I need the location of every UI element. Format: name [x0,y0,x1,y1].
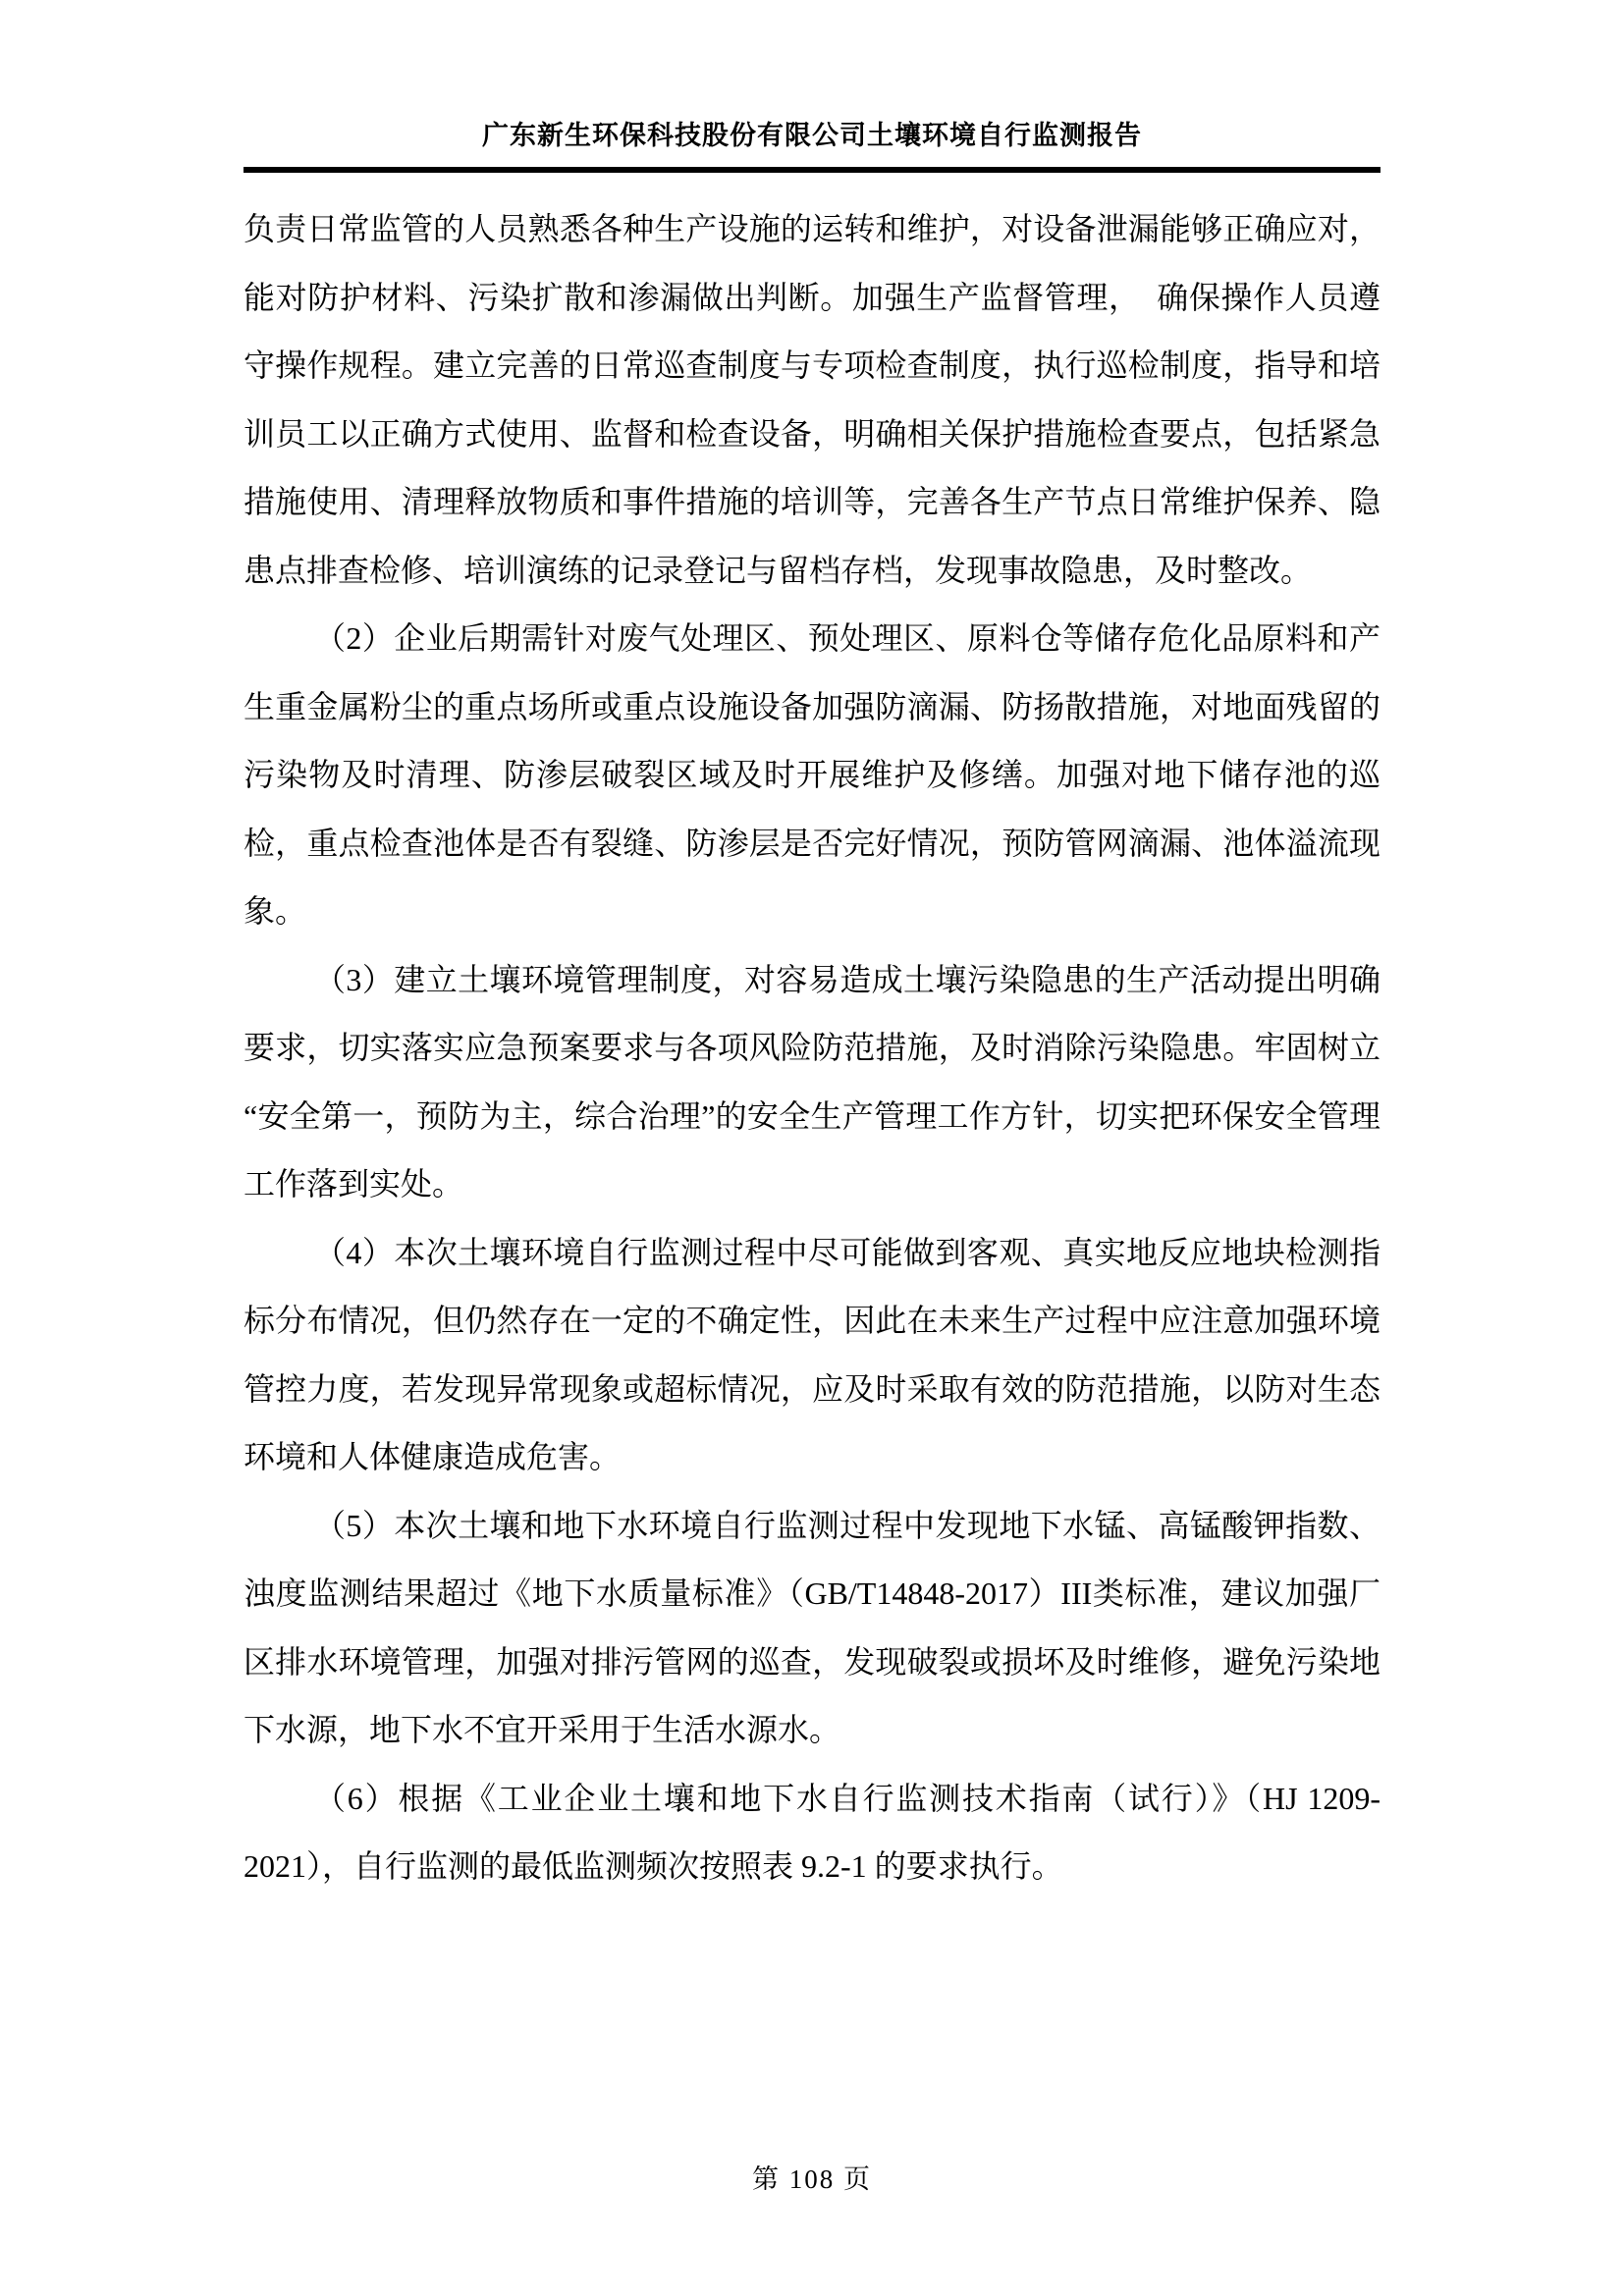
body-paragraph: （3）建立土壤环境管理制度，对容易造成土壤污染隐患的生产活动提出明确要求，切实落… [244,946,1380,1219]
report-page: 广东新生环保科技股份有限公司土壤环境自行监测报告 负责日常监管的人员熟悉各种生产… [0,0,1624,2296]
body-text: 负责日常监管的人员熟悉各种生产设施的运转和维护，对设备泄漏能够正确应对，能对防护… [244,195,1380,1901]
page-number: 第 108 页 [244,2158,1380,2196]
body-paragraph: （4）本次土壤环境自行监测过程中尽可能做到客观、真实地反应地块检测指标分布情况，… [244,1219,1380,1492]
header-rule [244,167,1380,173]
body-paragraph: （6）根据《工业企业土壤和地下水自行监测技术指南（试行）》（HJ 1209-20… [244,1765,1380,1901]
page-header-title: 广东新生环保科技股份有限公司土壤环境自行监测报告 [244,114,1380,152]
body-paragraph: 负责日常监管的人员熟悉各种生产设施的运转和维护，对设备泄漏能够正确应对，能对防护… [244,195,1380,605]
body-paragraph: （5）本次土壤和地下水环境自行监测过程中发现地下水锰、高锰酸钾指数、浊度监测结果… [244,1492,1380,1765]
body-paragraph: （2）企业后期需针对废气处理区、预处理区、原料仓等储存危化品原料和产生重金属粉尘… [244,605,1380,946]
